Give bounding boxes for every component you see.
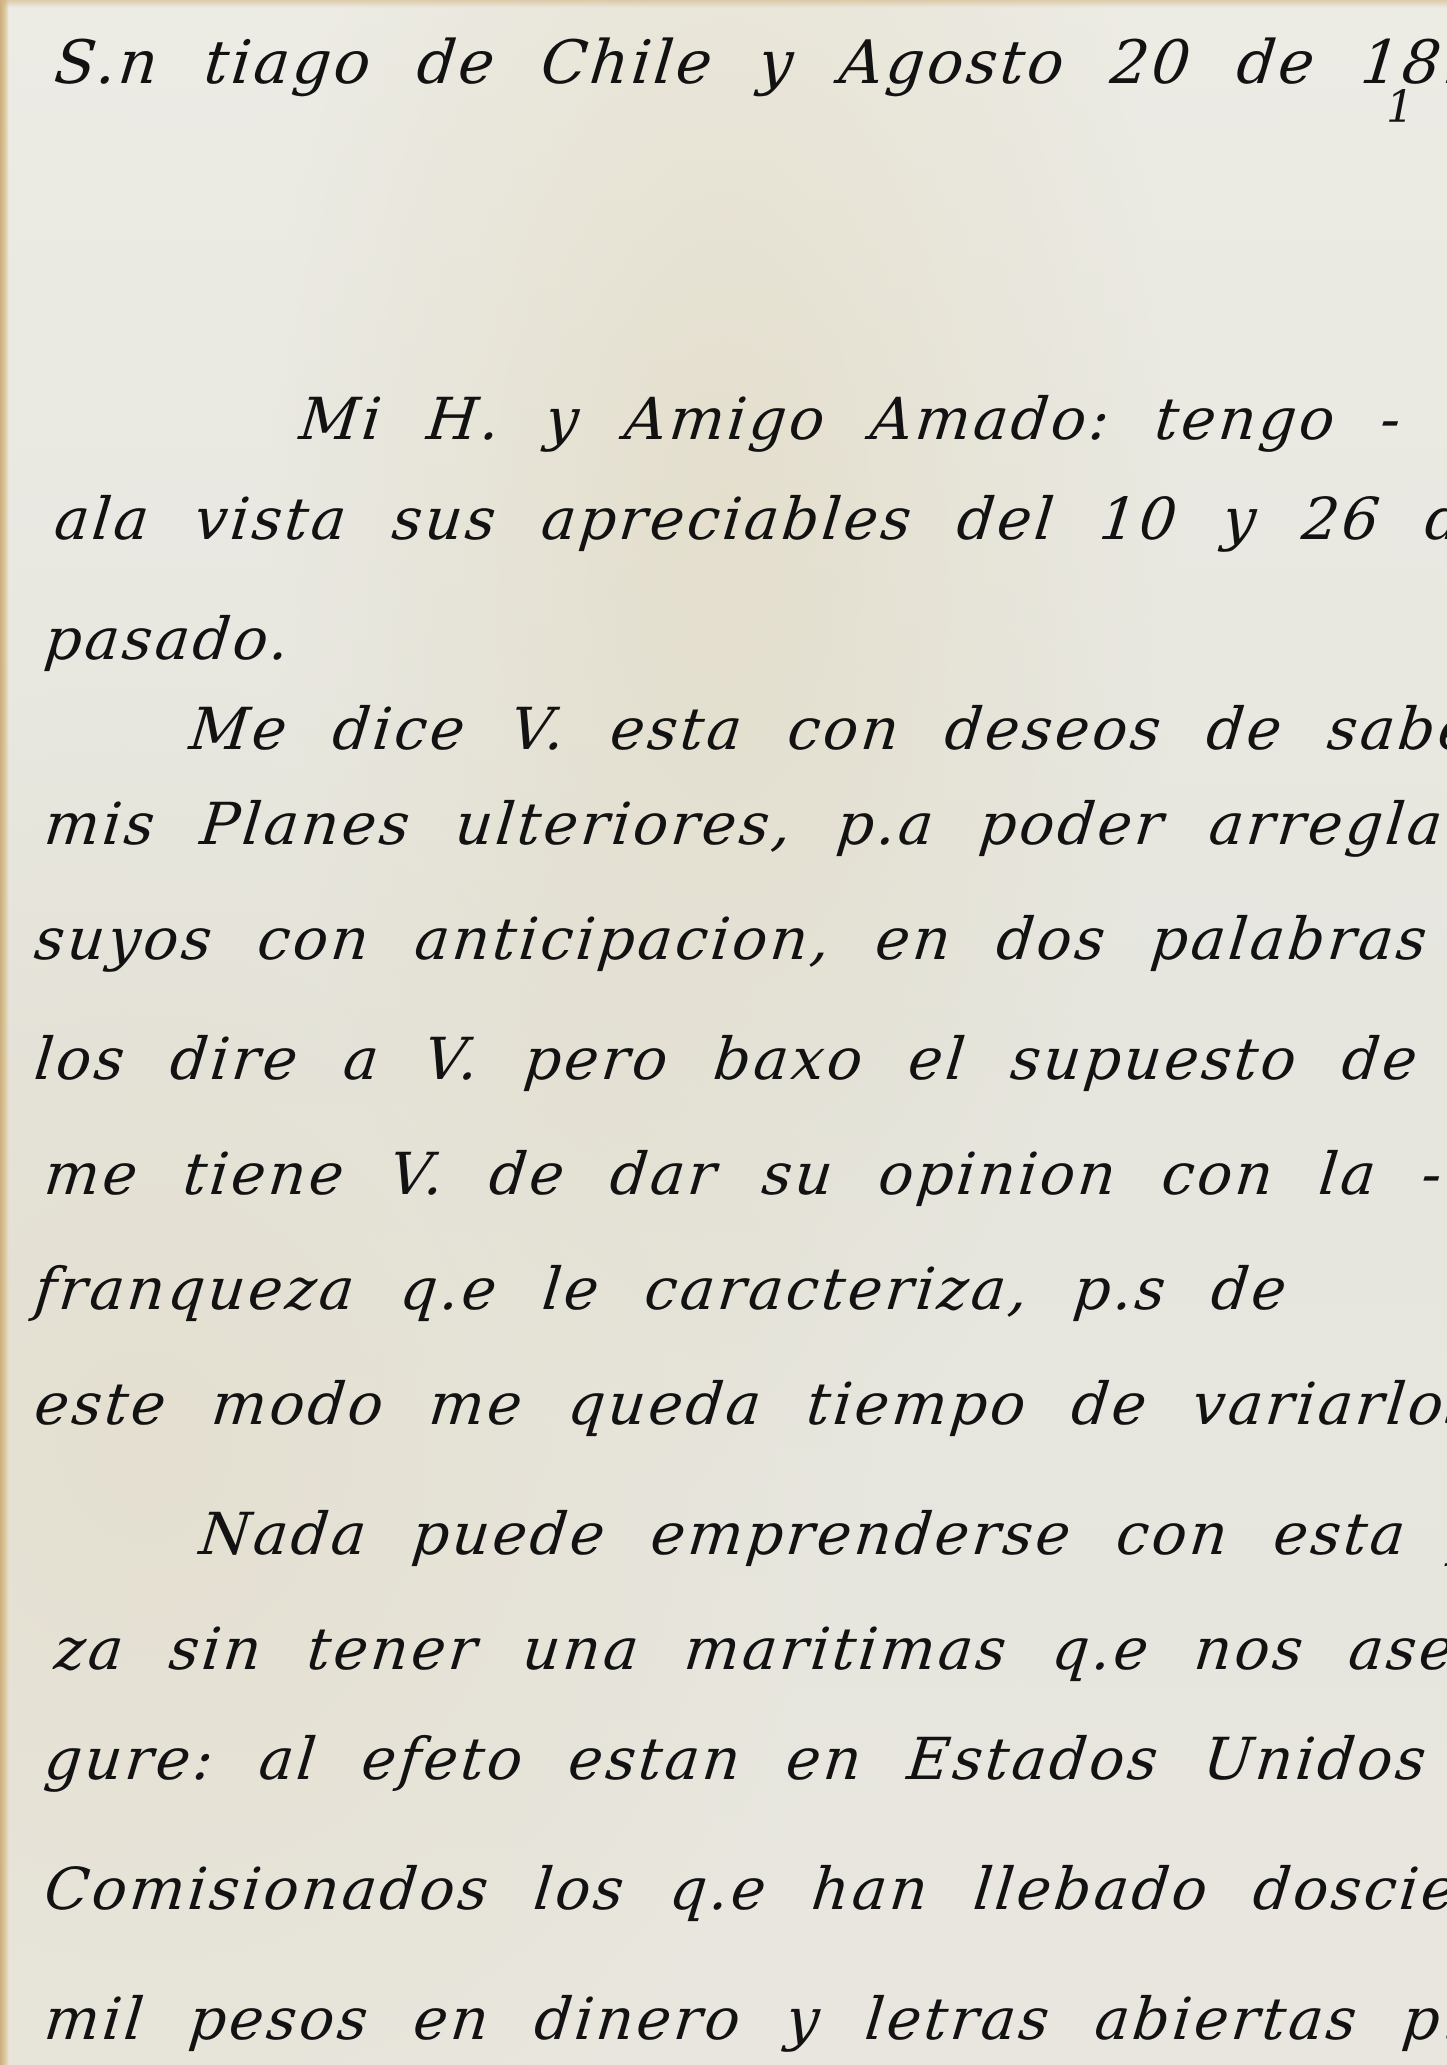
letter-line: mil pesos en dinero y letras abiertas p.… [41,1985,1447,2053]
letter-line: Nada puede emprenderse con esta fuer [196,1500,1447,1568]
letter-line: suyos con anticipacion, en dos palabras … [31,905,1447,973]
letter-line: este modo me queda tiempo de variarlos: [31,1370,1447,1438]
letter-line: franqueza q.e le caracteriza, p.s de [31,1255,1292,1323]
salutation: Mi H. y Amigo Amado: tengo - [296,385,1407,453]
letter-line: Me dice V. esta con deseos de saber - [186,695,1447,763]
letter-line: za sin tener una maritimas q.e nos ase [51,1615,1447,1683]
letter-line: gure: al efeto estan en Estados Unidos d… [41,1725,1447,1793]
paper-top-edge [0,0,1447,8]
place-date-heading: S.n tiago de Chile y Agosto 20 de 1817. [51,28,1447,98]
manuscript-page: S.n tiago de Chile y Agosto 20 de 1817. … [0,0,1447,2065]
page-number: 1 [1386,82,1414,133]
letter-line: mis Planes ulteriores, p.a poder arregla… [41,790,1447,858]
letter-line: ala vista sus apreciables del 10 y 26 de… [51,485,1447,553]
letter-line: pasado. [41,605,295,673]
letter-line: me tiene V. de dar su opinion con la - [41,1140,1447,1208]
letter-line: Comisionados los q.e han llebado doscien… [41,1855,1447,1923]
paper-left-edge [0,0,9,2065]
letter-line: los dire a V. pero baxo el supuesto de q… [31,1025,1447,1093]
